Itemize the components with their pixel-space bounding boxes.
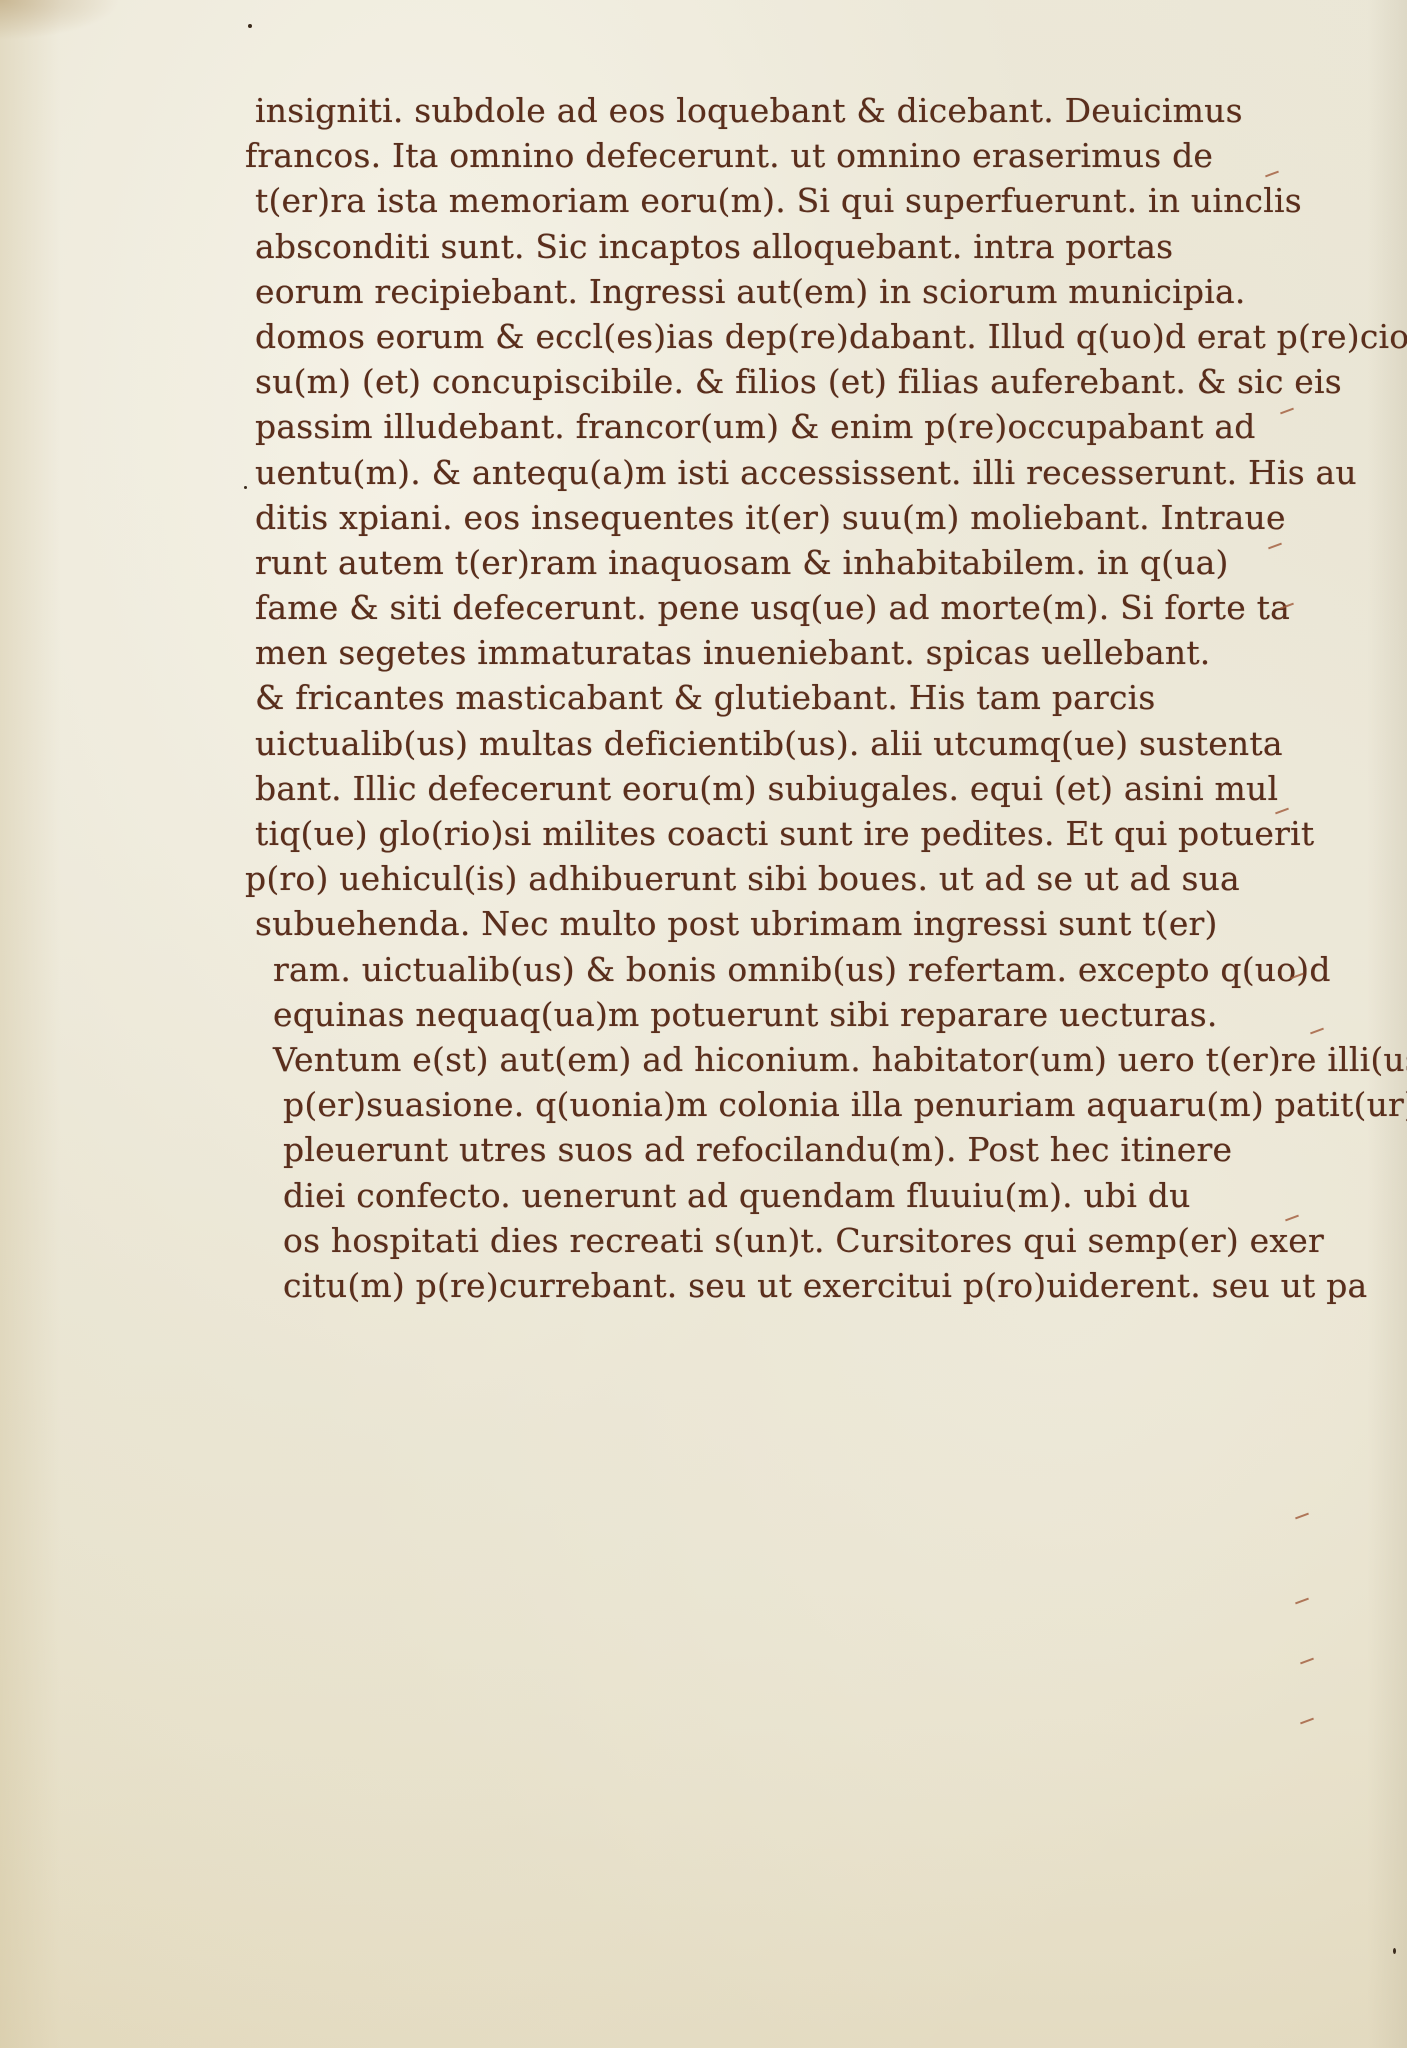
text-line: passim illudebant. francor(um) & enim p(… <box>255 404 1295 449</box>
text-line: uentu(m). & antequ(a)m isti accessissent… <box>255 450 1295 495</box>
text-line: Ventum e(st) aut(em) ad hiconium. habita… <box>273 1037 1295 1082</box>
right-edge-shading <box>1367 0 1407 2048</box>
text-block: insigniti. subdole ad eos loquebant & di… <box>255 88 1295 1308</box>
left-edge-shading <box>0 0 60 2048</box>
text-line: fame & siti defecerunt. pene usq(ue) ad … <box>255 585 1295 630</box>
text-line: tiq(ue) glo(rio)si milites coacti sunt i… <box>255 811 1295 856</box>
text-line: diei confecto. uenerunt ad quendam fluui… <box>283 1173 1295 1218</box>
text-line: bant. Illic defecerunt eoru(m) subiugale… <box>255 766 1295 811</box>
hyphen-mark <box>1310 1028 1324 1035</box>
ink-speck <box>244 486 247 489</box>
text-line: uictualib(us) multas deficientib(us). al… <box>255 721 1295 766</box>
text-line: absconditi sunt. Sic incaptos alloqueban… <box>255 224 1295 269</box>
hyphen-mark <box>1300 1718 1314 1725</box>
text-line: men segetes immaturatas inueniebant. spi… <box>255 630 1295 675</box>
text-line: su(m) (et) concupiscibile. & filios (et)… <box>255 359 1295 404</box>
hyphen-mark <box>1300 1658 1314 1665</box>
text-line: domos eorum & eccl(es)ias dep(re)dabant.… <box>255 314 1295 359</box>
text-line: ram. uictualib(us) & bonis omnib(us) ref… <box>273 947 1295 992</box>
hyphen-mark <box>1295 1598 1309 1605</box>
text-line: pleuerunt utres suos ad refocilandu(m). … <box>283 1127 1295 1172</box>
text-line: eorum recipiebant. Ingressi aut(em) in s… <box>255 269 1295 314</box>
text-line: ditis xpiani. eos insequentes it(er) suu… <box>255 495 1295 540</box>
text-line: equinas nequaq(ua)m potuerunt sibi repar… <box>273 992 1295 1037</box>
text-line: subuehenda. Nec multo post ubrimam ingre… <box>255 901 1295 946</box>
manuscript-folio: insigniti. subdole ad eos loquebant & di… <box>0 0 1407 2048</box>
text-line: p(er)suasione. q(uonia)m colonia illa pe… <box>283 1082 1295 1127</box>
text-line: francos. Ita omnino defecerunt. ut omnin… <box>245 133 1295 178</box>
corner-stain <box>0 0 120 40</box>
ink-speck <box>248 24 252 28</box>
hyphen-mark <box>1295 1513 1309 1520</box>
text-line: insigniti. subdole ad eos loquebant & di… <box>255 88 1295 133</box>
text-line: t(er)ra ista memoriam eoru(m). Si qui su… <box>255 178 1295 223</box>
text-line: citu(m) p(re)currebant. seu ut exercitui… <box>283 1263 1295 1308</box>
ink-speck <box>1393 1948 1396 1954</box>
text-line: runt autem t(er)ram inaquosam & inhabita… <box>255 540 1295 585</box>
text-line: os hospitati dies recreati s(un)t. Cursi… <box>283 1218 1295 1263</box>
text-line: p(ro) uehicul(is) adhibuerunt sibi boues… <box>245 856 1295 901</box>
text-line: & fricantes masticabant & glutiebant. Hi… <box>255 675 1295 720</box>
